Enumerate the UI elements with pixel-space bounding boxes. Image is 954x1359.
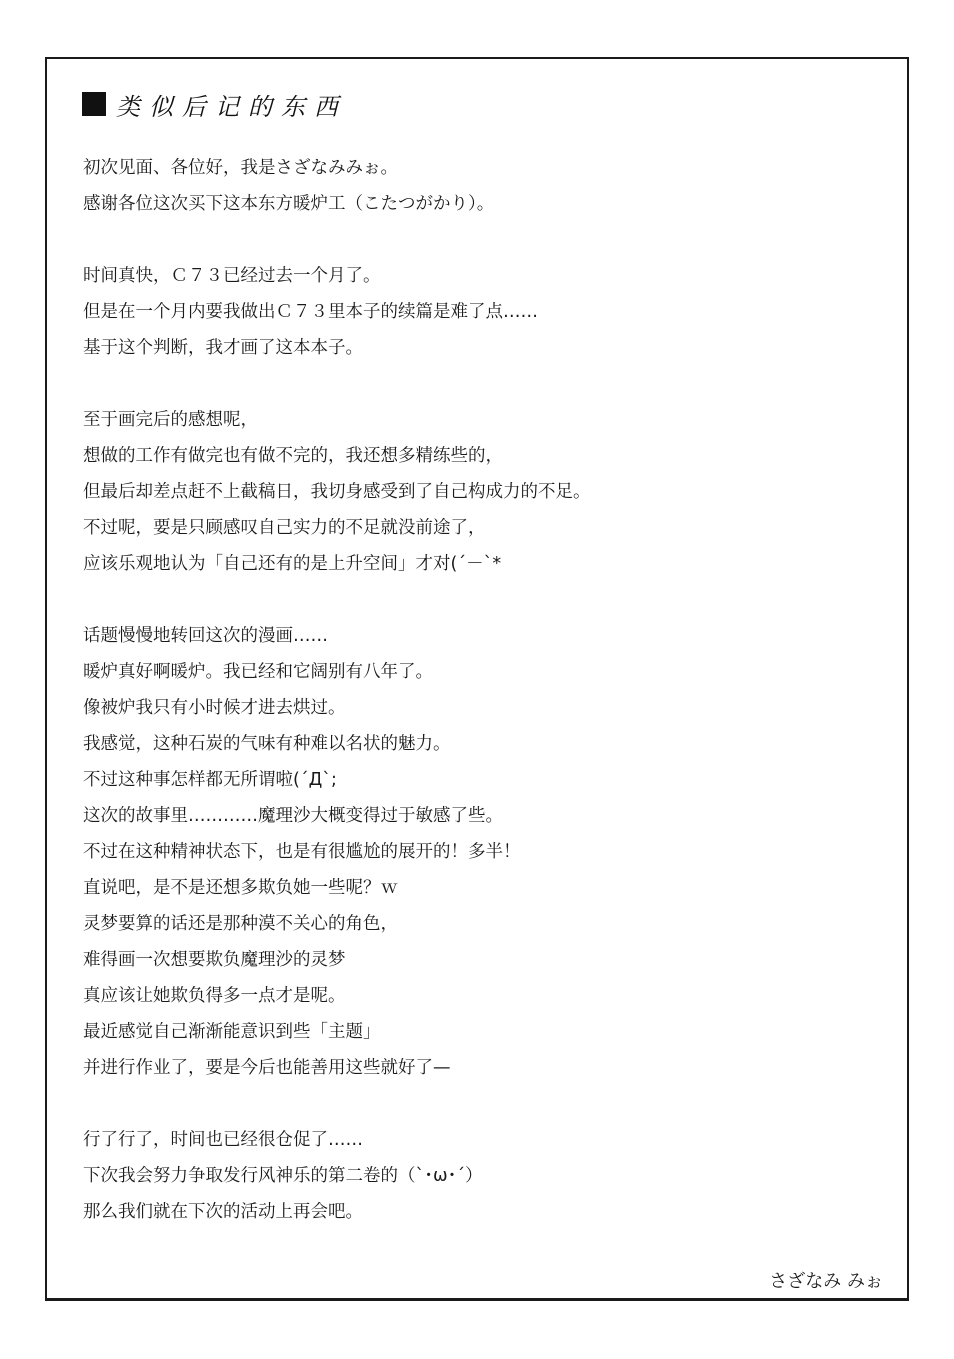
text-line: 行了行了，时间也已经很仓促了…… xyxy=(83,1122,883,1158)
text-line: 灵梦要算的话还是那种漠不关心的角色， xyxy=(83,906,883,942)
text-line: 时间真快，Ｃ７３已经过去一个月了。 xyxy=(83,258,883,294)
text-line: 难得画一次想要欺负魔理沙的灵梦 xyxy=(83,942,883,978)
text-line: 我感觉，这种石炭的气味有种难以名状的魅力。 xyxy=(83,726,883,762)
text-line: 感谢各位这次买下这本东方暖炉工（こたつがかり）。 xyxy=(83,186,883,222)
text-line: 话题慢慢地转回这次的漫画…… xyxy=(83,618,883,654)
text-line: 最近感觉自己渐渐能意识到些「主题」 xyxy=(83,1014,883,1050)
text-line: 那么我们就在下次的活动上再会吧。 xyxy=(83,1194,883,1230)
text-line: 但最后却差点赶不上截稿日，我切身感受到了自己构成力的不足。 xyxy=(83,474,883,510)
text-line: 这次的故事里…………魔理沙大概变得过于敏感了些。 xyxy=(83,798,883,834)
text-line: 初次见面、各位好，我是さざなみみぉ。 xyxy=(83,150,883,186)
text-line: 应该乐观地认为「自己还有的是上升空间」才对(´－`* xyxy=(83,546,883,582)
text-line: 真应该让她欺负得多一点才是呢。 xyxy=(83,978,883,1014)
paragraph-manga-topic: 话题慢慢地转回这次的漫画…… 暖炉真好啊暖炉。我已经和它阔别有八年了。 像被炉我… xyxy=(83,618,883,1086)
text-line: 像被炉我只有小时候才进去烘过。 xyxy=(83,690,883,726)
text-line: 不过呢，要是只顾感叹自己实力的不足就没前途了， xyxy=(83,510,883,546)
text-line: 想做的工作有做完也有做不完的，我还想多精练些的， xyxy=(83,438,883,474)
text-line: 并进行作业了，要是今后也能善用这些就好了— xyxy=(83,1050,883,1086)
text-line: 基于这个判断，我才画了这本本子。 xyxy=(83,330,883,366)
text-line: 暖炉真好啊暖炉。我已经和它阔别有八年了。 xyxy=(83,654,883,690)
text-line: 下次我会努力争取发行风神乐的第二卷的（`･ω･´） xyxy=(83,1158,883,1194)
paragraph-c73: 时间真快，Ｃ７３已经过去一个月了。 但是在一个月内要我做出Ｃ７３里本子的续篇是难… xyxy=(83,258,883,366)
text-line: 直说吧，是不是还想多欺负她一些呢？ｗ xyxy=(83,870,883,906)
afterword-frame: 类似后记的东西 初次见面、各位好，我是さざなみみぉ。 感谢各位这次买下这本东方暖… xyxy=(45,57,909,1301)
text-line: 但是在一个月内要我做出Ｃ７３里本子的续篇是难了点…… xyxy=(83,294,883,330)
afterword-body: 初次见面、各位好，我是さざなみみぉ。 感谢各位这次买下这本东方暖炉工（こたつがか… xyxy=(83,150,883,1266)
paragraph-impressions: 至于画完后的感想呢， 想做的工作有做完也有做不完的，我还想多精练些的， 但最后却… xyxy=(83,402,883,582)
text-line: 不过这种事怎样都无所谓啦(´Д`; xyxy=(83,762,883,798)
paragraph-greeting: 初次见面、各位好，我是さざなみみぉ。 感谢各位这次买下这本东方暖炉工（こたつがか… xyxy=(83,150,883,222)
heading-title: 类似后记的东西 xyxy=(116,87,347,122)
text-line: 不过在这种精神状态下，也是有很尴尬的展开的！多半！ xyxy=(83,834,883,870)
afterword-heading: 类似后记的东西 xyxy=(82,87,347,121)
paragraph-closing: 行了行了，时间也已经很仓促了…… 下次我会努力争取发行风神乐的第二卷的（`･ω･… xyxy=(83,1122,883,1230)
author-signature: さざなみ みぉ xyxy=(769,1267,883,1293)
text-line: 至于画完后的感想呢， xyxy=(83,402,883,438)
black-square-icon xyxy=(82,92,106,116)
